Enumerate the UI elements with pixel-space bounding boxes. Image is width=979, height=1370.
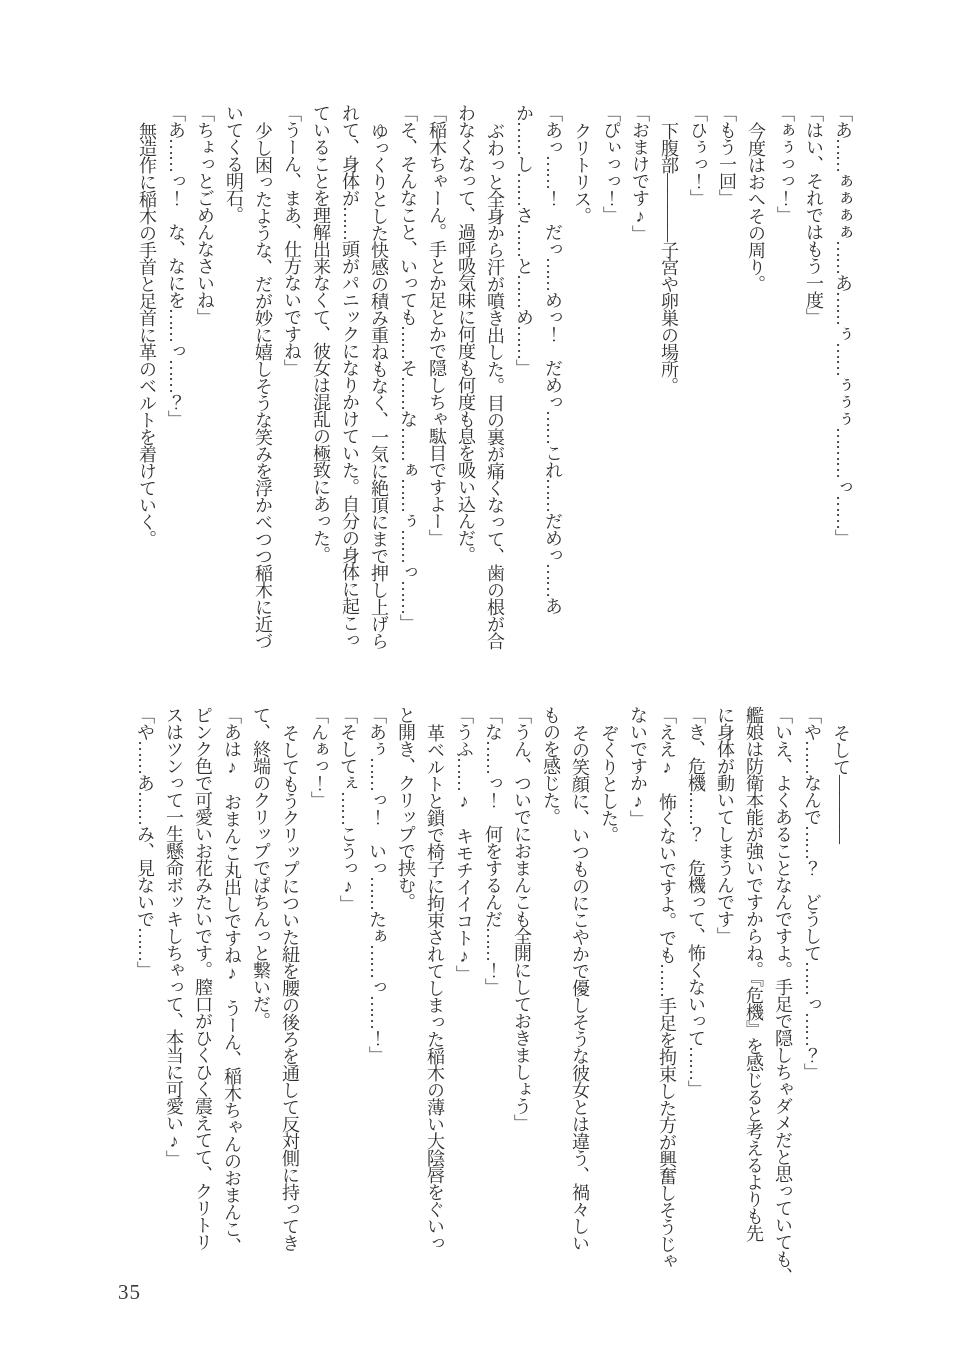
text-line: 「ぁぅっっ！」 [770, 104, 799, 649]
text-line: 今度はおへその周り。 [741, 104, 770, 649]
text-line: 「あぅ……っ！ いっ……たぁ……っ……！」 [362, 706, 391, 1284]
text-line: 「稲木ちゃーん。手とか足とかで隠しちゃ駄目ですよー」 [422, 104, 451, 649]
text-line: 艦娘は防衛本能が強いですからね。『危機』を感じると考えるよりも先 [739, 706, 768, 1284]
text-line: 「いえ、よくあることなんですよ。手足で隠しちゃダメだと思っていても、 [768, 706, 797, 1284]
text-line: 「もう一回」 [712, 104, 741, 649]
text-line: 「あは♪ おまんこ丸出しですね♪ うーん、稲木ちゃんのおまんこ、 [217, 706, 246, 1284]
text-line: れて、身体が……頭がパニックになりかけていた。自分の身体に起こっ [335, 104, 364, 649]
text-line: 「や……なんで……？ どうして……っ……？」 [797, 706, 826, 1284]
text-line: 「ええ♪ 怖くないですよ。でも……手足を拘束した方が興奮しそうじゃ [652, 706, 681, 1284]
text-line: 「うん、ついでにおまんこも全開にしておきましょう」 [507, 706, 536, 1284]
text-line: 革ベルトと鎖で椅子に拘束されてしまった稲木の薄い大陰唇をぐいっ [420, 706, 449, 1284]
text-line: いてくる明石。 [219, 104, 248, 649]
text-line: 「あ……っ！ な、なにを……っ……？」 [161, 104, 190, 649]
text-line: クリトリス。 [567, 104, 596, 649]
text-line: か……し……さ……と……め……」 [509, 104, 538, 649]
text-line: その笑顔に、いつものにこやかで優しそうな彼女とは違う、禍々しい [565, 706, 594, 1284]
text-line: に身体が動いてしまうんです」 [710, 706, 739, 1284]
text-line: 「ちょっとごめんなさいね」 [190, 104, 219, 649]
text-line: ていることを理解出来なくて、彼女は混乱の極致にあった。 [306, 104, 335, 649]
text-line: 「おまけです♪」 [625, 104, 654, 649]
text-line: そして―――― [826, 706, 855, 1284]
text-line: て、終端のクリップでぱちんっと繋いだ。 [246, 706, 275, 1284]
text-line: 「ぴぃっっ！」 [596, 104, 625, 649]
text-line: ぶわっと全身から汗が噴き出した。目の裏が痛くなって、歯の根が合 [480, 104, 509, 649]
text-line: と開き、クリップで挟む。 [391, 706, 420, 1284]
text-line: そしてもうクリップについた紐を腰の後ろを通して反対側に持ってき [275, 706, 304, 1284]
text-line: 「や……あ……み、見ないで……」 [130, 706, 159, 1284]
text-line: ぞくりとした。 [594, 706, 623, 1284]
text-line: 「な……っ！ 何をするんだ……！」 [478, 706, 507, 1284]
text-line: 「そしてぇ……こうっ♪」 [333, 706, 362, 1284]
text-line: 「んぁっ！」 [304, 706, 333, 1284]
text-line: ないですか♪」 [623, 706, 652, 1284]
text-line: 無造作に稲木の手首と足首に革のベルトを着けていく。 [132, 104, 161, 649]
text-line: 「き、危機……？ 危機って、怖くないって……」 [681, 706, 710, 1284]
text-line: ゆっくりとした快感の積み重ねもなく、一気に絶頂にまで押し上げら [364, 104, 393, 649]
text-line: 下腹部――――子宮や卵巣の場所。 [654, 104, 683, 649]
page-number: 35 [118, 1280, 141, 1305]
text-line: スはツンって一生懸命ボッキしちゃって、本当に可愛い♪」 [159, 706, 188, 1284]
text-line: 少し困ったような、だが妙に嬉しそうな笑みを浮かべつつ稲木に近づ [248, 104, 277, 649]
text-line: 「あっ……！ だっ……めっ！ だめっ……これ……だめっ……あ [538, 104, 567, 649]
text-line: 「そ、そんなこと、いっても……そ……な……ぁ……ぅ……っ……」 [393, 104, 422, 649]
text-line: わなくなって、過呼吸気味に何度も何度も息を吸い込んだ。 [451, 104, 480, 649]
novel-page: 「あ……ぁぁぁぁ……あ……ぅ……ぅぅぅ………っ……」「はい、それではもう一度」「… [0, 0, 979, 1370]
top-text-block: 「あ……ぁぁぁぁ……あ……ぅ……ぅぅぅ………っ……」「はい、それではもう一度」「… [132, 104, 857, 649]
text-line: ものを感じた。 [536, 706, 565, 1284]
text-line: 「あ……ぁぁぁぁ……あ……ぅ……ぅぅぅ………っ……」 [828, 104, 857, 649]
text-line: 「うーん、まあ、仕方ないですね」 [277, 104, 306, 649]
text-line: 「はい、それではもう一度」 [799, 104, 828, 649]
text-line: 「うふ……♪ キモチイイコト♪」 [449, 706, 478, 1284]
bottom-text-block: そして――――「や……なんで……？ どうして……っ……？」「いえ、よくあることな… [130, 706, 855, 1284]
text-line: 「ひぅっ！」 [683, 104, 712, 649]
text-line: ピンク色で可愛いお花みたいです。膣口がひくひく震えてて、クリトリ [188, 706, 217, 1284]
